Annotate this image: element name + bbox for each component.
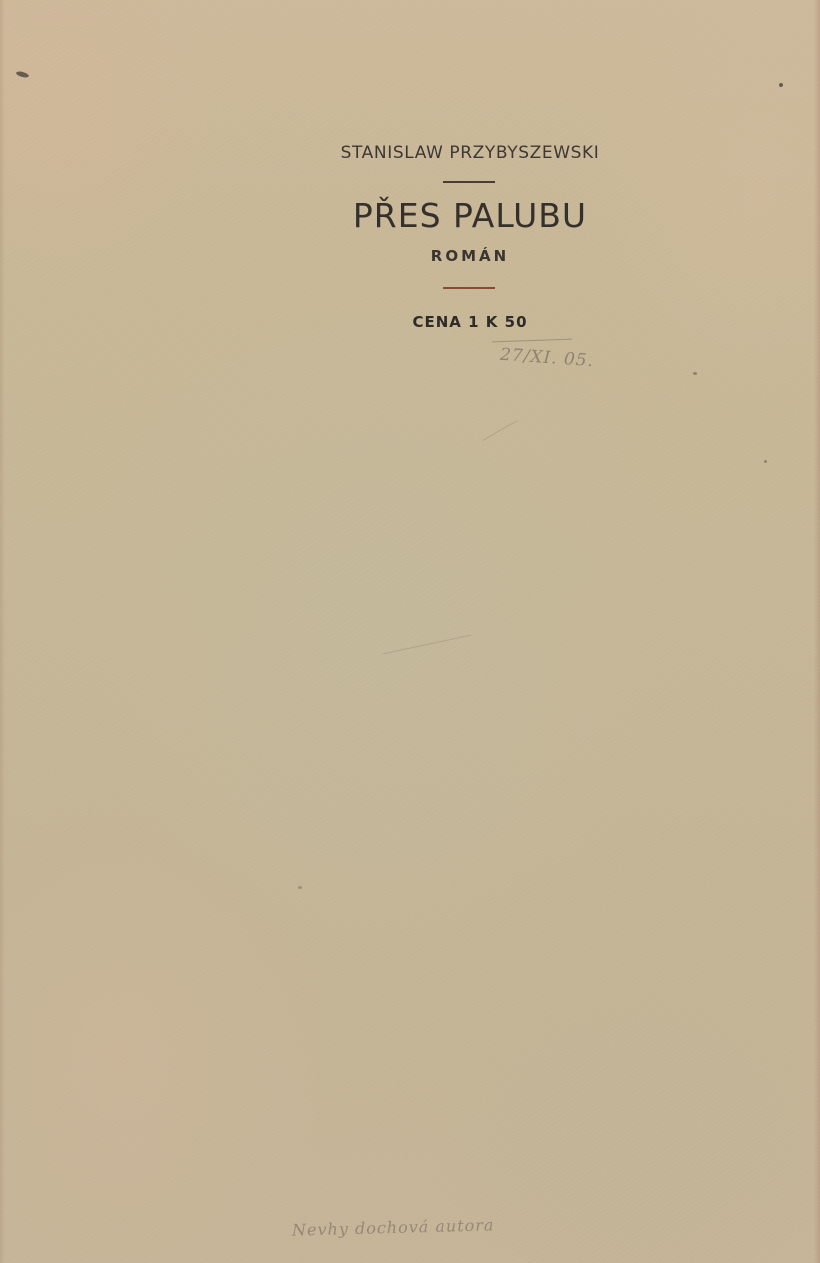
ink-spot bbox=[779, 83, 783, 87]
ink-spot bbox=[16, 70, 30, 78]
cover-left-edge bbox=[0, 0, 5, 1263]
handwritten-note: Nevhy dochová autora bbox=[292, 1215, 495, 1239]
divider-rule bbox=[443, 181, 495, 183]
author-name: STANISLAW PRZYBYSZEWSKI bbox=[320, 143, 620, 163]
cover-right-edge bbox=[814, 0, 820, 1263]
paper-texture bbox=[0, 0, 820, 1263]
foxing-spot bbox=[693, 372, 697, 375]
book-cover: STANISLAW PRZYBYSZEWSKI PŘES PALUBU ROMÁ… bbox=[0, 0, 820, 1263]
paper-crease bbox=[383, 635, 471, 655]
foxing-spot bbox=[298, 886, 302, 889]
pencil-underline bbox=[492, 339, 572, 343]
divider-rule bbox=[443, 287, 495, 289]
book-genre: ROMÁN bbox=[320, 247, 620, 265]
handwritten-date: 27/XI. 05. bbox=[499, 345, 594, 372]
foxing-spot bbox=[764, 460, 767, 463]
book-title: PŘES PALUBU bbox=[320, 196, 620, 235]
paper-crease bbox=[482, 420, 517, 441]
book-price: CENA 1 K 50 bbox=[320, 313, 620, 331]
